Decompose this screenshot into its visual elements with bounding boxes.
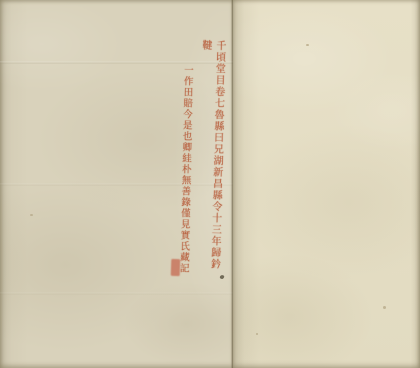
book-spread: 千頃堂目卷七魯縣曰兄湖新昌縣令十三年歸鈐鞬 一作田賠今是也卿絓朴無善錄僅見實氏藏… [0, 0, 420, 368]
left-page [0, 0, 233, 368]
paper-crease [0, 61, 233, 64]
right-page [233, 0, 420, 368]
paper-crease [0, 292, 233, 295]
paper-crease [0, 183, 233, 186]
